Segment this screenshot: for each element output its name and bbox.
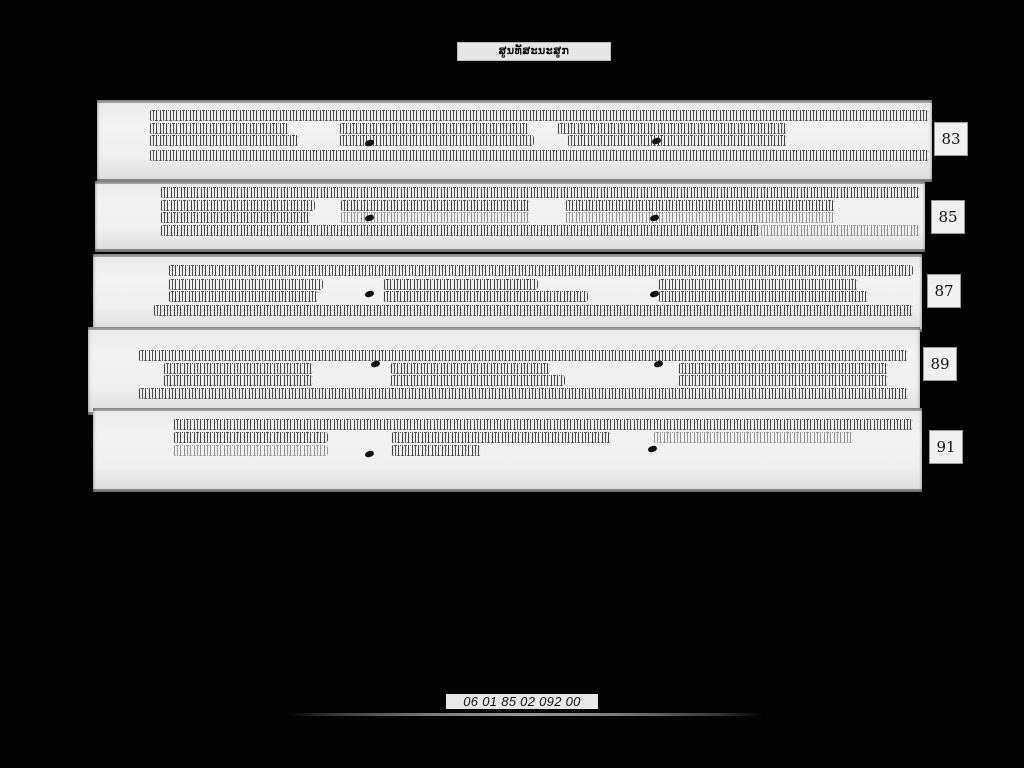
script-line — [168, 265, 913, 276]
script-line — [658, 279, 858, 290]
script-line — [383, 279, 538, 290]
script-line — [160, 200, 315, 211]
reel-code-label: 06 01 85 02 092 00 — [446, 694, 598, 709]
script-line — [391, 432, 611, 443]
script-line — [168, 279, 323, 290]
page-number-tag: 85 — [931, 200, 965, 234]
page-number-tag: 89 — [923, 347, 957, 381]
script-line — [567, 135, 787, 146]
script-line — [173, 419, 913, 430]
page-number-tag: 83 — [934, 122, 968, 156]
archive-header-label: ສູນທັສະນະສູກ — [457, 42, 611, 61]
script-line — [678, 363, 888, 374]
script-line — [658, 291, 868, 302]
manuscript-leaf — [95, 181, 925, 252]
manuscript-leaf — [97, 100, 932, 182]
script-line — [565, 212, 835, 223]
script-line — [390, 375, 565, 386]
script-line — [653, 432, 853, 443]
script-line — [149, 123, 289, 134]
script-line — [391, 445, 481, 456]
binding-hole-icon — [364, 290, 374, 298]
script-line — [149, 150, 929, 161]
script-line — [390, 363, 550, 374]
manuscript-leaf — [93, 408, 922, 492]
script-line — [163, 375, 313, 386]
script-line — [138, 388, 908, 399]
script-line — [138, 350, 908, 361]
script-line — [163, 363, 313, 374]
binding-hole-icon — [647, 445, 657, 453]
manuscript-leaf — [88, 327, 920, 415]
script-line — [173, 432, 328, 443]
script-line — [160, 225, 760, 236]
script-line — [557, 123, 787, 134]
manuscript-leaf — [93, 254, 922, 332]
script-line — [173, 445, 328, 456]
binding-hole-icon — [370, 360, 380, 368]
script-line — [149, 135, 299, 146]
script-line — [678, 375, 888, 386]
script-line — [153, 305, 913, 316]
script-line — [149, 110, 929, 121]
script-line — [565, 200, 835, 211]
script-line — [168, 291, 318, 302]
page-number-tag: 87 — [927, 274, 961, 308]
microfilm-frame: ສູນທັສະນະສູກ 8385878991 06 01 85 02 092 … — [0, 0, 1024, 768]
script-line — [760, 225, 920, 236]
script-line — [383, 291, 588, 302]
page-number-tag: 91 — [929, 430, 963, 464]
script-line — [339, 123, 529, 134]
film-edge-strip — [285, 713, 765, 716]
binding-hole-icon — [653, 360, 663, 368]
script-line — [340, 200, 530, 211]
script-line — [160, 187, 920, 198]
script-line — [160, 212, 310, 223]
binding-hole-icon — [364, 450, 374, 458]
